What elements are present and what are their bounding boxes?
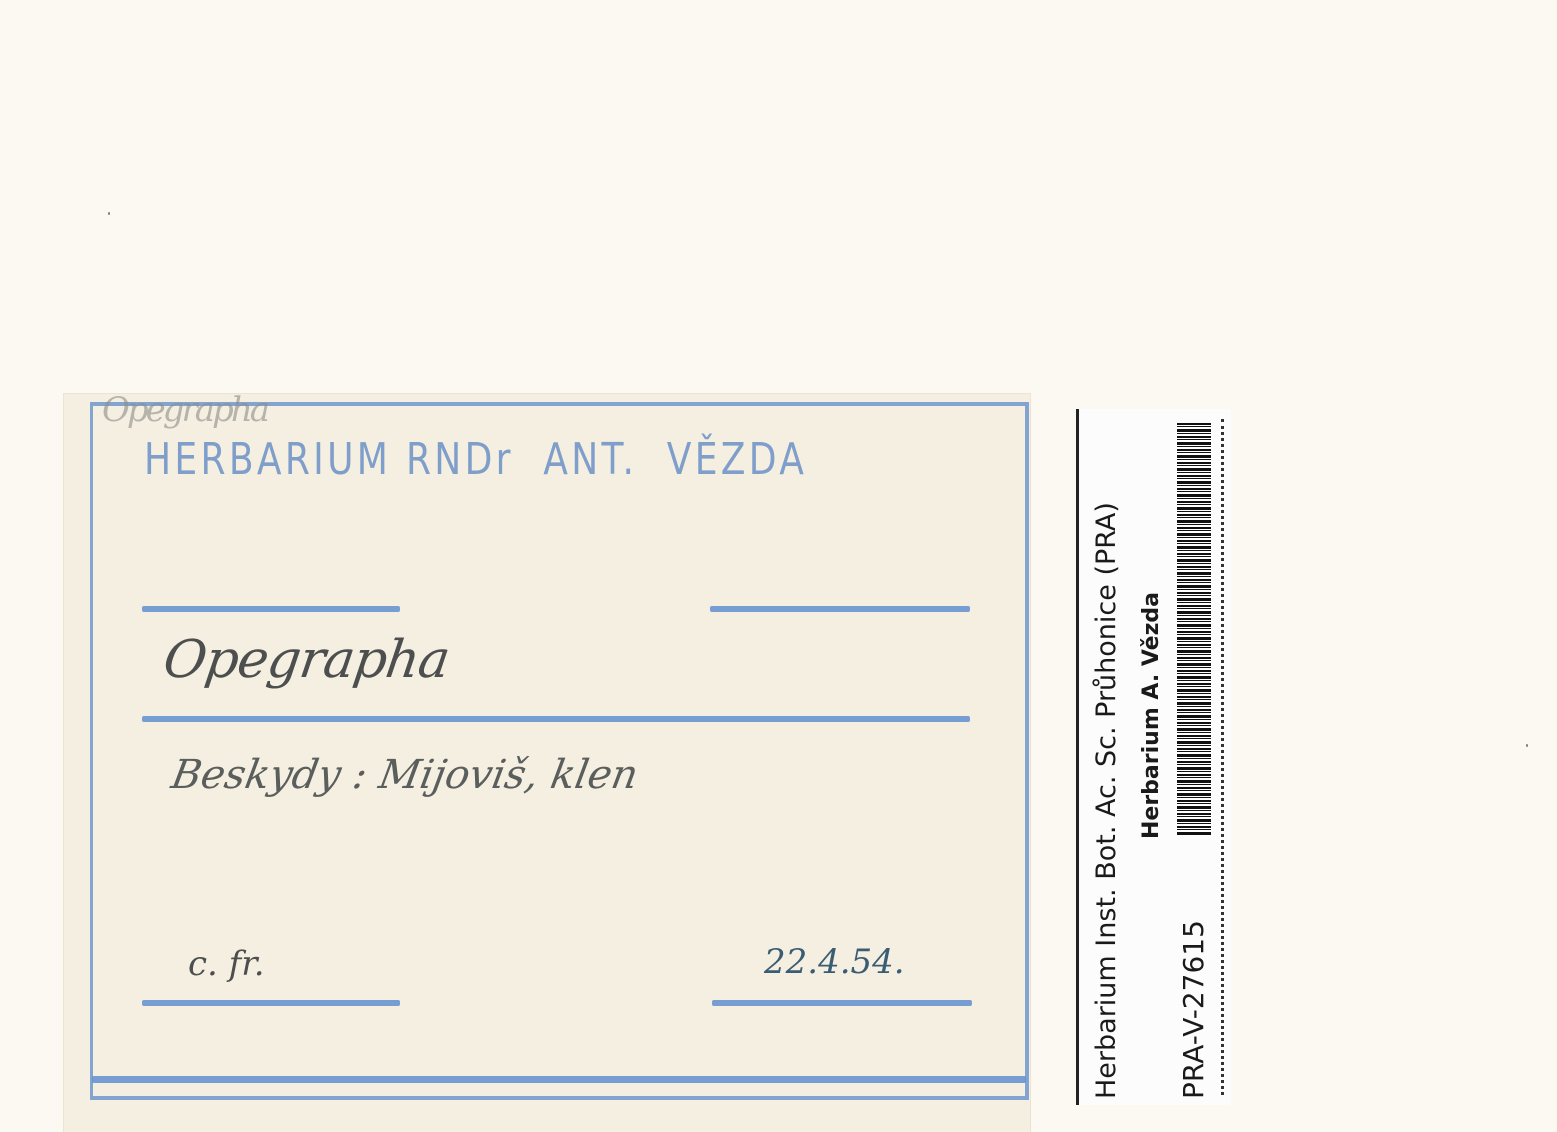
barcode-icon — [1177, 423, 1211, 835]
paper-speck — [108, 212, 110, 215]
paper-speck — [1526, 744, 1528, 747]
stamp-title: HERBARIUM RNDr ANT. VĚZDA — [144, 434, 849, 485]
specimen-id: PRA-V-27615 — [1177, 920, 1210, 1099]
stamp-border — [90, 402, 1029, 1100]
stamp-rule-base — [92, 1076, 1026, 1083]
stamp-rule-top-left — [142, 606, 400, 612]
institution-text: Herbarium Inst. Bot. Ac. Sc. Průhonice (… — [1091, 502, 1122, 1099]
collection-date: 22.4.54. — [764, 942, 905, 982]
perforation-line — [1221, 419, 1224, 1095]
herbarium-label: Opegrapha HERBARIUM RNDr ANT. VĚZDA Opeg… — [64, 394, 1030, 1132]
barcode-label: Herbarium Inst. Bot. Ac. Sc. Průhonice (… — [1076, 409, 1231, 1105]
stamp-rule-taxon — [142, 716, 970, 722]
pencil-annotation: Opegrapha — [102, 390, 267, 430]
collection-text: Herbarium A. Vězda — [1139, 592, 1164, 839]
stamp-rule-top-right — [710, 606, 970, 612]
locality: Beskydy : Mijoviš, klen — [168, 752, 642, 798]
fertility-note: c. fr. — [188, 944, 265, 984]
taxon-name: Opegrapha — [160, 630, 453, 690]
stamp-rule-bottom-left — [142, 1000, 400, 1006]
stamp-rule-bottom-right — [712, 1000, 972, 1006]
